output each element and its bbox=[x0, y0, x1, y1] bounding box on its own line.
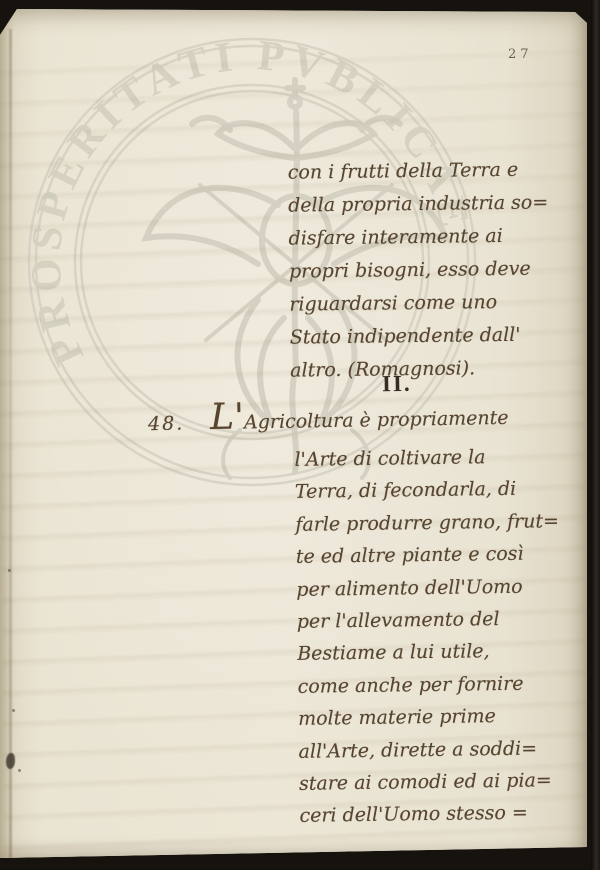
manuscript-line: Bestiame a lui utile, bbox=[297, 635, 561, 671]
manuscript-page: PROSPERITATI PVBLICAE 27 con i frutti d bbox=[0, 9, 587, 858]
manuscript-line: per alimento dell'Uomo bbox=[296, 570, 560, 606]
manuscript-line: disfare interamente ai bbox=[288, 219, 548, 255]
ink-speck bbox=[8, 569, 11, 572]
manuscript-line: Terra, di fecondarla, di bbox=[295, 473, 559, 509]
manuscript-line: con i frutti della Terra e bbox=[288, 153, 548, 189]
paragraph-48-body: l'Arte di coltivare la Terra, di feconda… bbox=[294, 440, 563, 833]
manuscript-line: molte materie prime bbox=[298, 699, 562, 735]
manuscript-line: altro. (Romagnosi). bbox=[290, 351, 550, 387]
manuscript-line: Stato indipendente dall' bbox=[290, 318, 550, 354]
manuscript-line: propri bisogni, esso deve bbox=[289, 252, 549, 288]
manuscript-line: te ed altre piante e così bbox=[296, 537, 560, 573]
adjacent-page-edge bbox=[591, 0, 600, 870]
section-heading: II. bbox=[382, 371, 412, 398]
manuscript-line: ceri dell'Uomo stesso = bbox=[299, 797, 563, 833]
paragraph-continuation: con i frutti della Terra e della propria… bbox=[288, 153, 551, 387]
page-number: 27 bbox=[508, 47, 533, 62]
manuscript-line: della propria industria so= bbox=[288, 186, 548, 222]
gutter-crease bbox=[9, 29, 12, 859]
manuscript-line: come anche per fornire bbox=[297, 667, 561, 703]
manuscript-line: L'Agricoltura è propriamente bbox=[210, 404, 509, 434]
manuscript-line: per l'allevamento del bbox=[297, 602, 561, 638]
manuscript-line: stare ai comodi ed ai pia= bbox=[299, 764, 563, 800]
paragraph-number: 48. bbox=[148, 413, 185, 436]
manuscript-line: farle produrre grano, frut= bbox=[295, 505, 559, 541]
manuscript-line: riguardarsi come uno bbox=[289, 285, 549, 321]
manuscript-line: l'Arte di coltivare la bbox=[294, 440, 558, 476]
ink-speck bbox=[18, 769, 21, 772]
ink-speck bbox=[12, 709, 15, 712]
manuscript-line: all'Arte, dirette a soddi= bbox=[298, 732, 562, 768]
